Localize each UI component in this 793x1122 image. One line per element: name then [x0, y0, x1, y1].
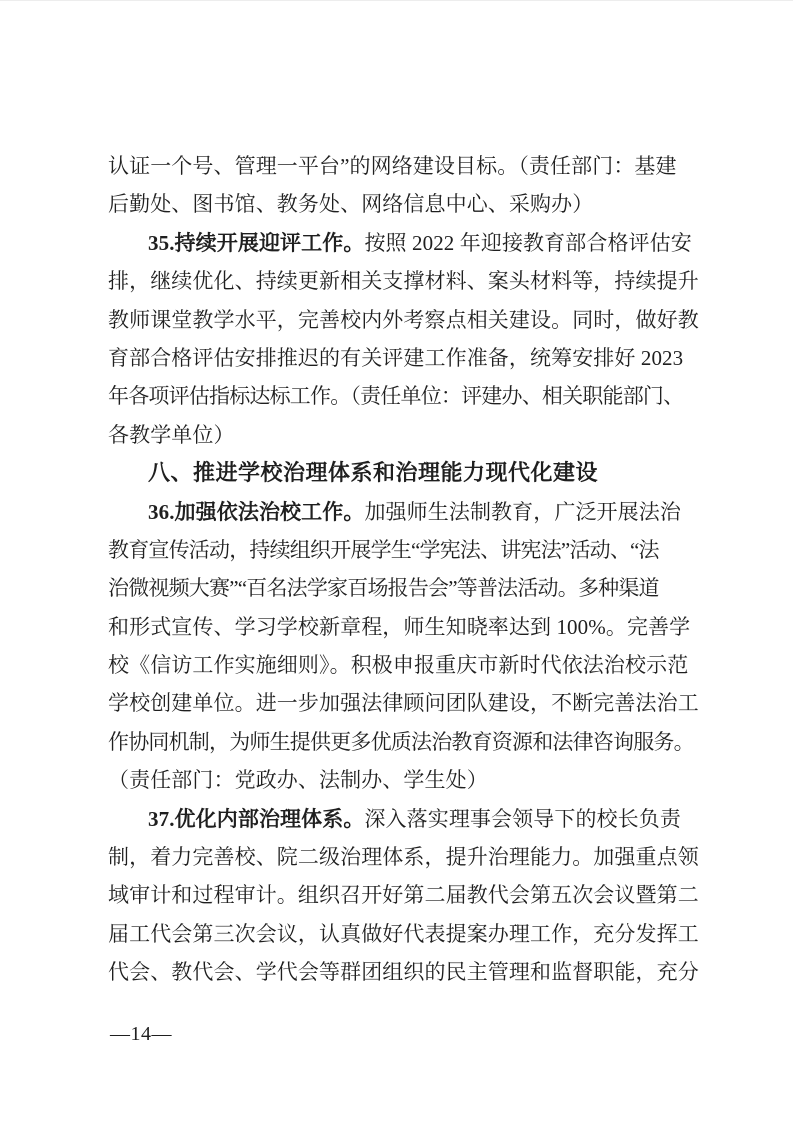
text-line: 36.加强依法治校工作。加强师生法制教育，广泛开展法治: [108, 493, 704, 531]
text-line: 排，继续优化、持续更新相关支撑材料、案头材料等，持续提升: [108, 262, 704, 300]
text-segment: 排，继续优化、持续更新相关支撑材料、案头材料等，持续提升: [108, 269, 699, 293]
text-line: 届工代会第三次会议，认真做好代表提案办理工作，充分发挥工: [108, 915, 704, 953]
text-segment: 校《信访工作实施细则》。积极申报重庆市新时代依法治校示范: [108, 653, 688, 677]
text-line: （责任部门：党政办、法制办、学生处）: [108, 761, 704, 799]
text-segment: 37.优化内部治理体系。: [148, 807, 364, 831]
text-segment: 后勤处、图书馆、教务处、网络信息中心、采购办）: [108, 192, 593, 216]
text-line: 和形式宣传、学习学校新章程，师生知晓率达到 100%。完善学: [108, 608, 704, 646]
text-segment: 代会、教代会、学代会等群团组织的民主管理和监督职能，充分: [108, 960, 699, 984]
text-segment: 年各项评估指标达标工作。: [108, 384, 350, 408]
text-line: 认证一个号、管理一平台”的网络建设目标。（责任部门：基建: [108, 147, 704, 185]
text-line: 作协同机制，为师生提供更多优质法治教育资源和法律咨询服务。: [108, 723, 704, 761]
text-line: 年各项评估指标达标工作。（责任单位：评建办、相关职能部门、: [108, 377, 704, 415]
document-page: 认证一个号、管理一平台”的网络建设目标。（责任部门：基建 后勤处、图书馆、教务处…: [0, 0, 793, 1122]
text-segment: 36.加强依法治校工作。: [148, 500, 364, 524]
text-line: 代会、教代会、学代会等群团组织的民主管理和监督职能，充分: [108, 953, 704, 991]
text-segment: （责任部门：基建: [518, 154, 676, 178]
text-line: 校《信访工作实施细则》。积极申报重庆市新时代依法治校示范: [108, 646, 704, 684]
text-line: 八、推进学校治理体系和治理能力现代化建设: [108, 454, 704, 492]
text-segment: 教师课堂教学水平，完善校内外考察点相关建设。同时，做好教: [108, 308, 699, 332]
text-line: 35.持续开展迎评工作。按照 2022 年迎接教育部合格评估安: [108, 224, 704, 262]
text-line: 教育宣传活动，持续组织开展学生“学宪法、讲宪法”活动、“法: [108, 531, 704, 569]
text-segment: 各教学单位）: [108, 423, 235, 447]
text-segment: 和形式宣传、学习学校新章程，师生知晓率达到 100%。完善学: [108, 615, 690, 639]
text-segment: （责任单位：评建办、相关职能部门、: [350, 384, 683, 408]
text-segment: 深入落实理事会领导下的校长负责: [364, 807, 681, 831]
document-body: 认证一个号、管理一平台”的网络建设目标。（责任部门：基建 后勤处、图书馆、教务处…: [108, 147, 704, 992]
text-line: 后勤处、图书馆、教务处、网络信息中心、采购办）: [108, 185, 704, 223]
text-segment: 育部合格评估安排推迟的有关评建工作准备，统筹安排好 2023: [108, 346, 683, 370]
text-segment: 域审计和过程审计。组织召开好第二届教代会第五次会议暨第二: [108, 883, 699, 907]
text-line: 学校创建单位。进一步加强法律顾问团队建设，不断完善法治工: [108, 684, 704, 722]
text-segment: 治微视频大赛”“百名法学家百场报告会”等普法活动。多种渠道: [108, 576, 659, 600]
text-line: 治微视频大赛”“百名法学家百场报告会”等普法活动。多种渠道: [108, 569, 704, 607]
text-line: 教师课堂教学水平，完善校内外考察点相关建设。同时，做好教: [108, 301, 704, 339]
text-segment: 加强师生法制教育，广泛开展法治: [364, 500, 681, 524]
text-segment: 教育宣传活动，持续组织开展学生“学宪法、讲宪法”活动、“法: [108, 538, 659, 562]
text-segment: 学校创建单位。进一步加强法律顾问团队建设，不断完善法治工: [108, 691, 699, 715]
text-segment: 按照 2022 年迎接教育部合格评估安: [364, 231, 691, 255]
text-segment: 35.持续开展迎评工作。: [148, 231, 364, 255]
text-line: 域审计和过程审计。组织召开好第二届教代会第五次会议暨第二: [108, 876, 704, 914]
text-line: 制，着力完善校、院二级治理体系，提升治理能力。加强重点领: [108, 838, 704, 876]
text-segment: 八、推进学校治理体系和治理能力现代化建设: [148, 460, 598, 485]
text-segment: 届工代会第三次会议，认真做好代表提案办理工作，充分发挥工: [108, 922, 699, 946]
page-number: —14—: [110, 1019, 172, 1049]
text-segment: 认证一个号、管理一平台”的网络建设目标。: [108, 154, 518, 178]
text-line: 37.优化内部治理体系。深入落实理事会领导下的校长负责: [108, 800, 704, 838]
text-segment: （责任部门：党政办、法制办、学生处）: [108, 768, 488, 792]
text-segment: 制，着力完善校、院二级治理体系，提升治理能力。加强重点领: [108, 845, 699, 869]
text-line: 育部合格评估安排推迟的有关评建工作准备，统筹安排好 2023: [108, 339, 704, 377]
text-line: 各教学单位）: [108, 416, 704, 454]
text-segment: 作协同机制，为师生提供更多优质法治教育资源和法律咨询服务。: [108, 730, 694, 754]
